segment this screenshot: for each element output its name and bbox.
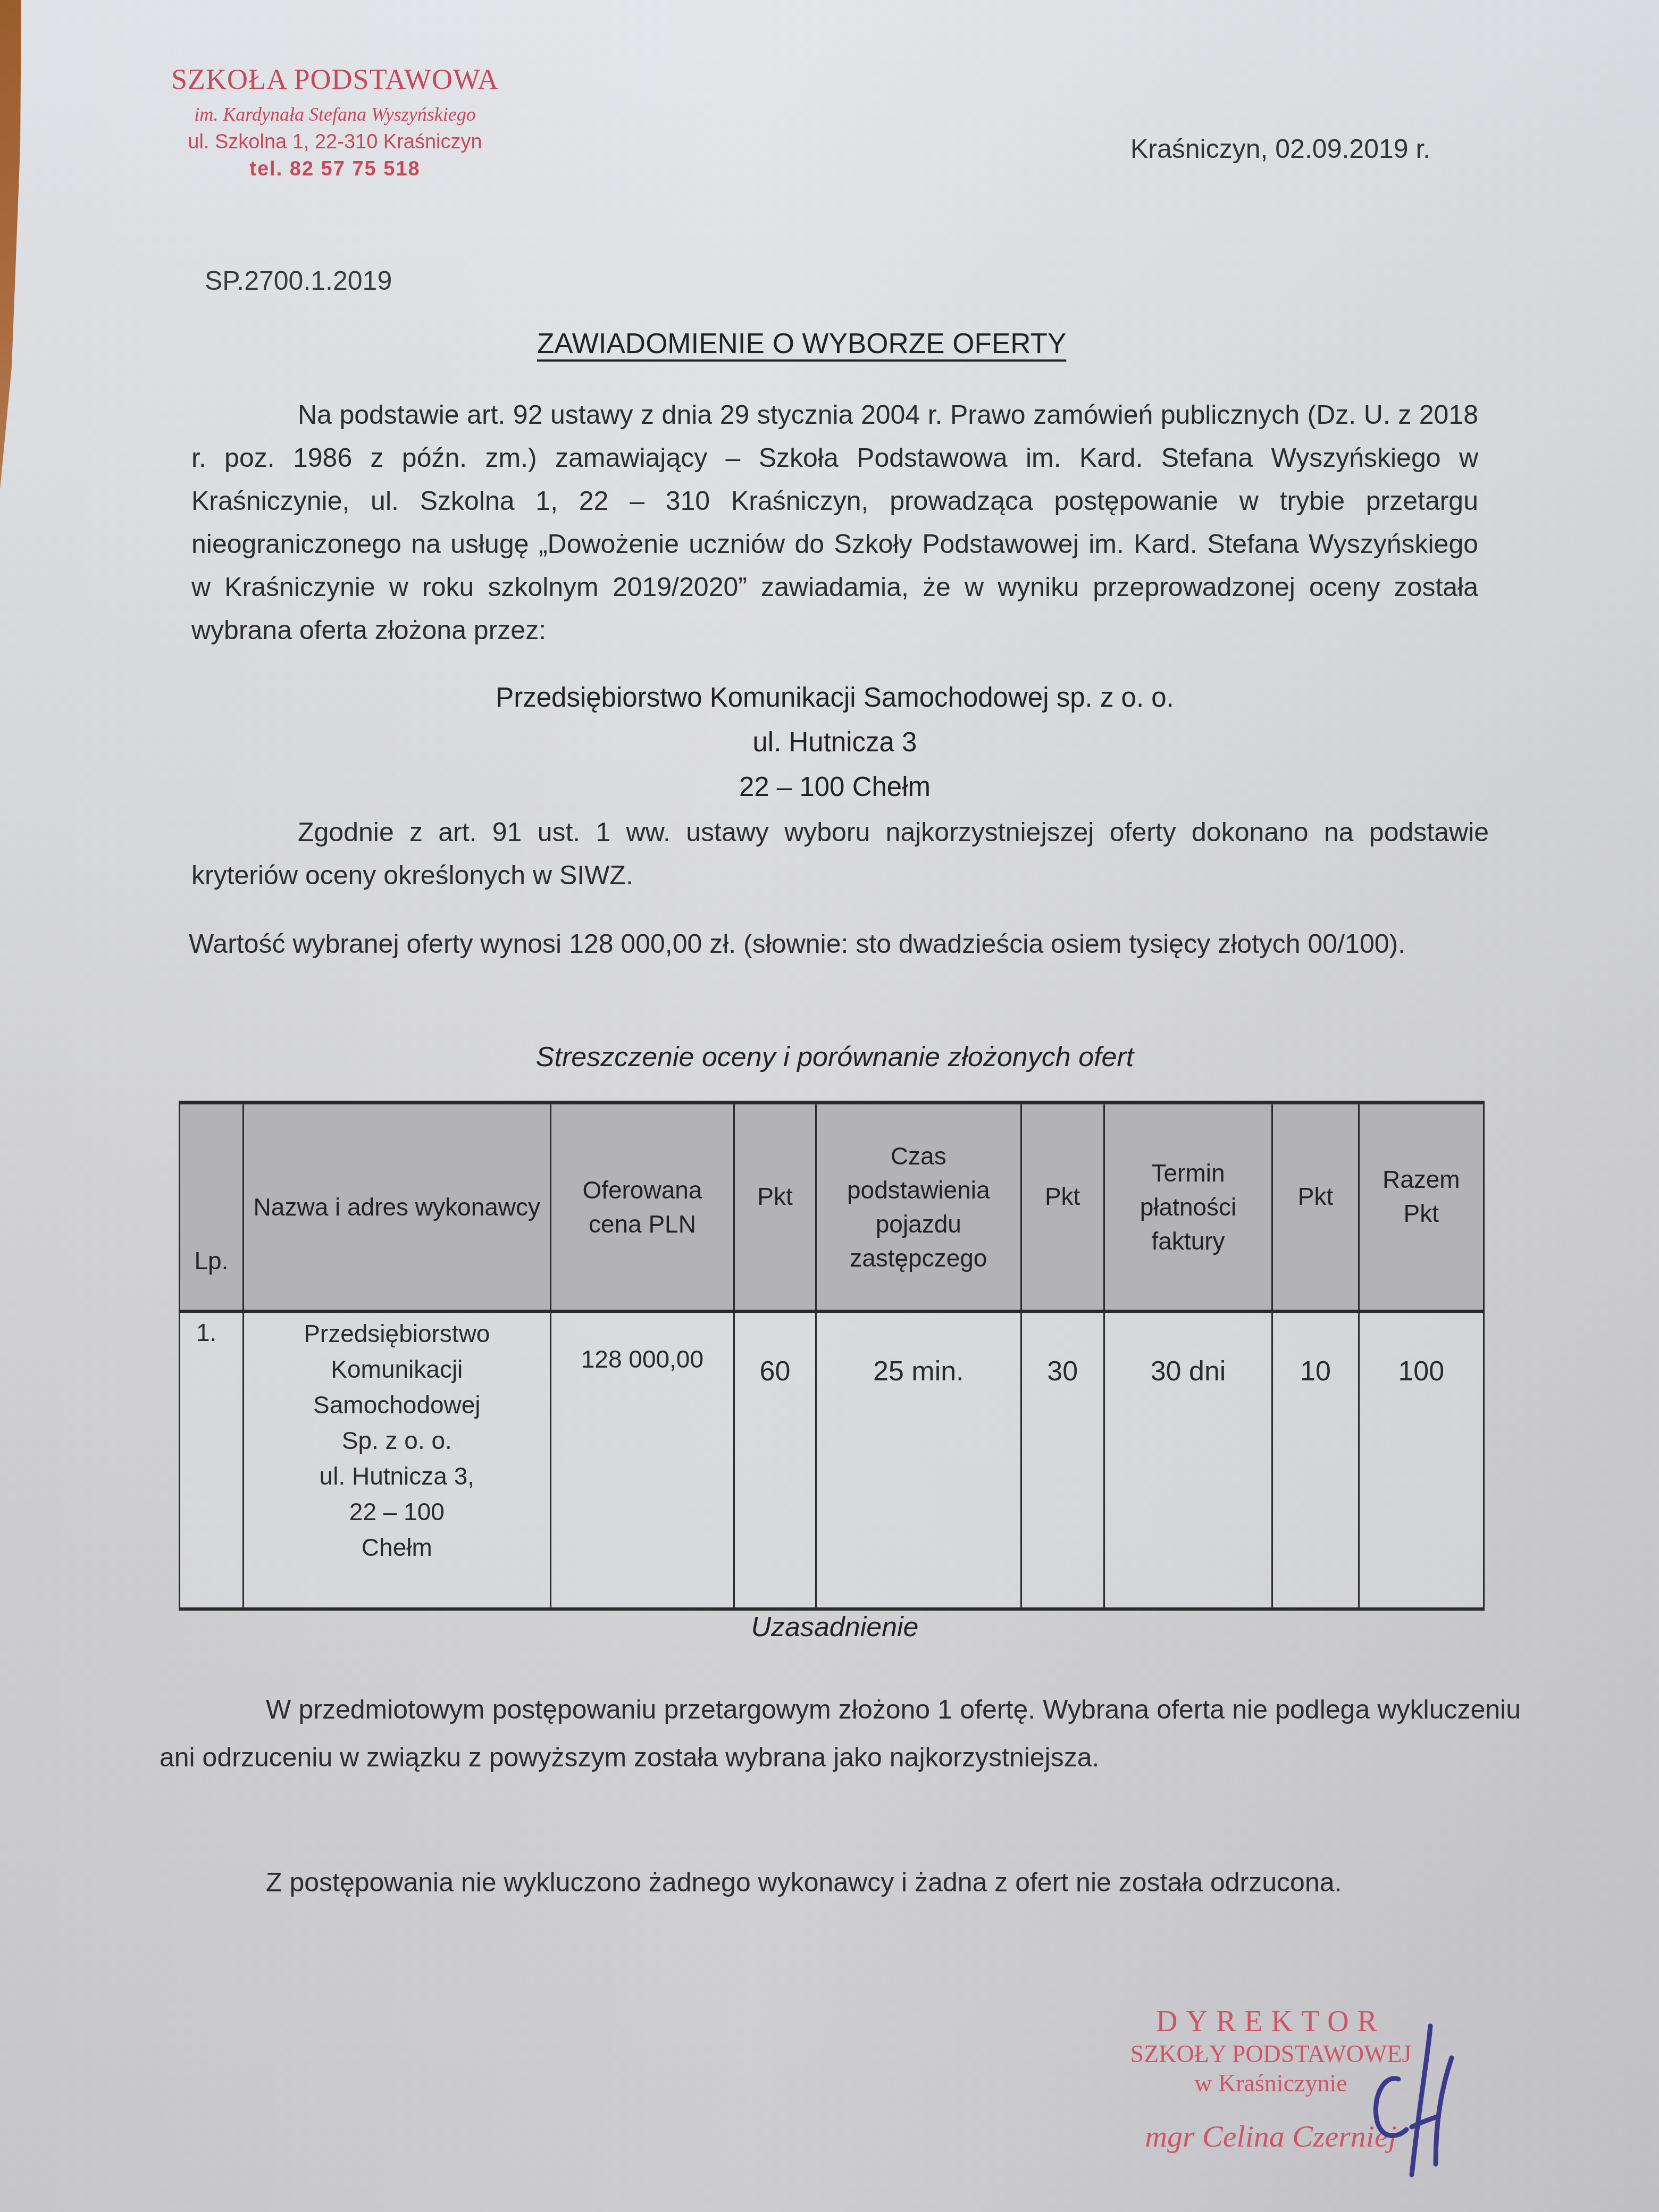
- contractor-city: 22 – 100 Chełm: [191, 765, 1478, 809]
- cell-lp: 1.: [180, 1311, 244, 1609]
- table-header-row: Lp. Nazwa i adres wykonawcy Oferowana ce…: [180, 1103, 1484, 1312]
- contractor-line: Chełm: [247, 1530, 547, 1565]
- contractor-line: ul. Hutnicza 3,: [247, 1459, 547, 1494]
- header-payment-points: Pkt: [1272, 1103, 1359, 1312]
- place-and-date: Kraśniczyn, 02.09.2019 r.: [1130, 136, 1430, 162]
- letterhead-patron: im. Kardynała Stefana Wyszyńskiego: [144, 103, 526, 125]
- cell-contractor: Przedsiębiorstwo Komunikacji Samochodowe…: [243, 1311, 550, 1609]
- document-title: ZAWIADOMIENIE O WYBORZE OFERTY: [537, 330, 1066, 358]
- header-price: Oferowana cena PLN: [550, 1103, 734, 1312]
- criteria-paragraph: Zgodnie z art. 91 ust. 1 ww. ustawy wybo…: [191, 811, 1489, 897]
- offers-comparison-table: Lp. Nazwa i adres wykonawcy Oferowana ce…: [179, 1101, 1485, 1611]
- cell-payment-points: 10: [1272, 1311, 1359, 1609]
- intro-paragraph: Na podstawie art. 92 ustawy z dnia 29 st…: [191, 393, 1478, 652]
- value-paragraph: Wartość wybranej oferty wynosi 128 000,0…: [189, 923, 1492, 966]
- cell-payment-term: 30 dni: [1104, 1311, 1272, 1609]
- handwritten-signature-icon: [1361, 2015, 1468, 2185]
- header-replacement-time: Czas podstawienia pojazdu zastępczego: [816, 1103, 1021, 1312]
- letterhead-address: ul. Szkolna 1, 22-310 Kraśniczyn: [144, 131, 526, 154]
- cell-replacement-points: 30: [1021, 1311, 1104, 1609]
- exclusion-paragraph: Z postępowania nie wykluczono żadnego wy…: [160, 1858, 1521, 1906]
- contractor-line: Samochodowej: [247, 1387, 547, 1423]
- contractor-line: Przedsiębiorstwo: [247, 1316, 547, 1352]
- reference-number: SP.2700.1.2019: [205, 267, 392, 294]
- header-total-points: Razem Pkt: [1359, 1103, 1484, 1312]
- header-lp: Lp.: [180, 1103, 244, 1312]
- cell-replacement-time: 25 min.: [816, 1311, 1021, 1609]
- header-contractor: Nazwa i adres wykonawcy: [243, 1103, 550, 1312]
- header-payment-term: Termin płatności faktury: [1104, 1103, 1272, 1312]
- cell-total-points: 100: [1359, 1311, 1484, 1609]
- selected-contractor: Przedsiębiorstwo Komunikacji Samochodowe…: [191, 675, 1478, 809]
- header-price-points: Pkt: [734, 1103, 816, 1312]
- justification-title: Uzasadnienie: [191, 1611, 1478, 1643]
- contractor-line: 22 – 100: [247, 1494, 547, 1530]
- cell-price-points: 60: [734, 1311, 816, 1609]
- cell-price: 128 000,00: [550, 1311, 734, 1609]
- contractor-line: Komunikacji: [247, 1352, 547, 1387]
- table-row: 1. Przedsiębiorstwo Komunikacji Samochod…: [180, 1311, 1484, 1609]
- contractor-street: ul. Hutnicza 3: [191, 720, 1478, 765]
- contractor-name: Przedsiębiorstwo Komunikacji Samochodowe…: [191, 675, 1478, 720]
- table-title: Streszczenie oceny i porównanie złożonyc…: [191, 1041, 1478, 1073]
- letterhead-school-name: SZKOŁA PODSTAWOWA: [144, 63, 526, 96]
- header-replacement-points: Pkt: [1021, 1103, 1104, 1312]
- contractor-line: Sp. z o. o.: [247, 1423, 547, 1459]
- letterhead-phone: tel. 82 57 75 518: [144, 158, 526, 181]
- justification-paragraph: W przedmiotowym postępowaniu przetargowy…: [160, 1686, 1521, 1781]
- school-letterhead-stamp: SZKOŁA PODSTAWOWA im. Kardynała Stefana …: [144, 63, 526, 181]
